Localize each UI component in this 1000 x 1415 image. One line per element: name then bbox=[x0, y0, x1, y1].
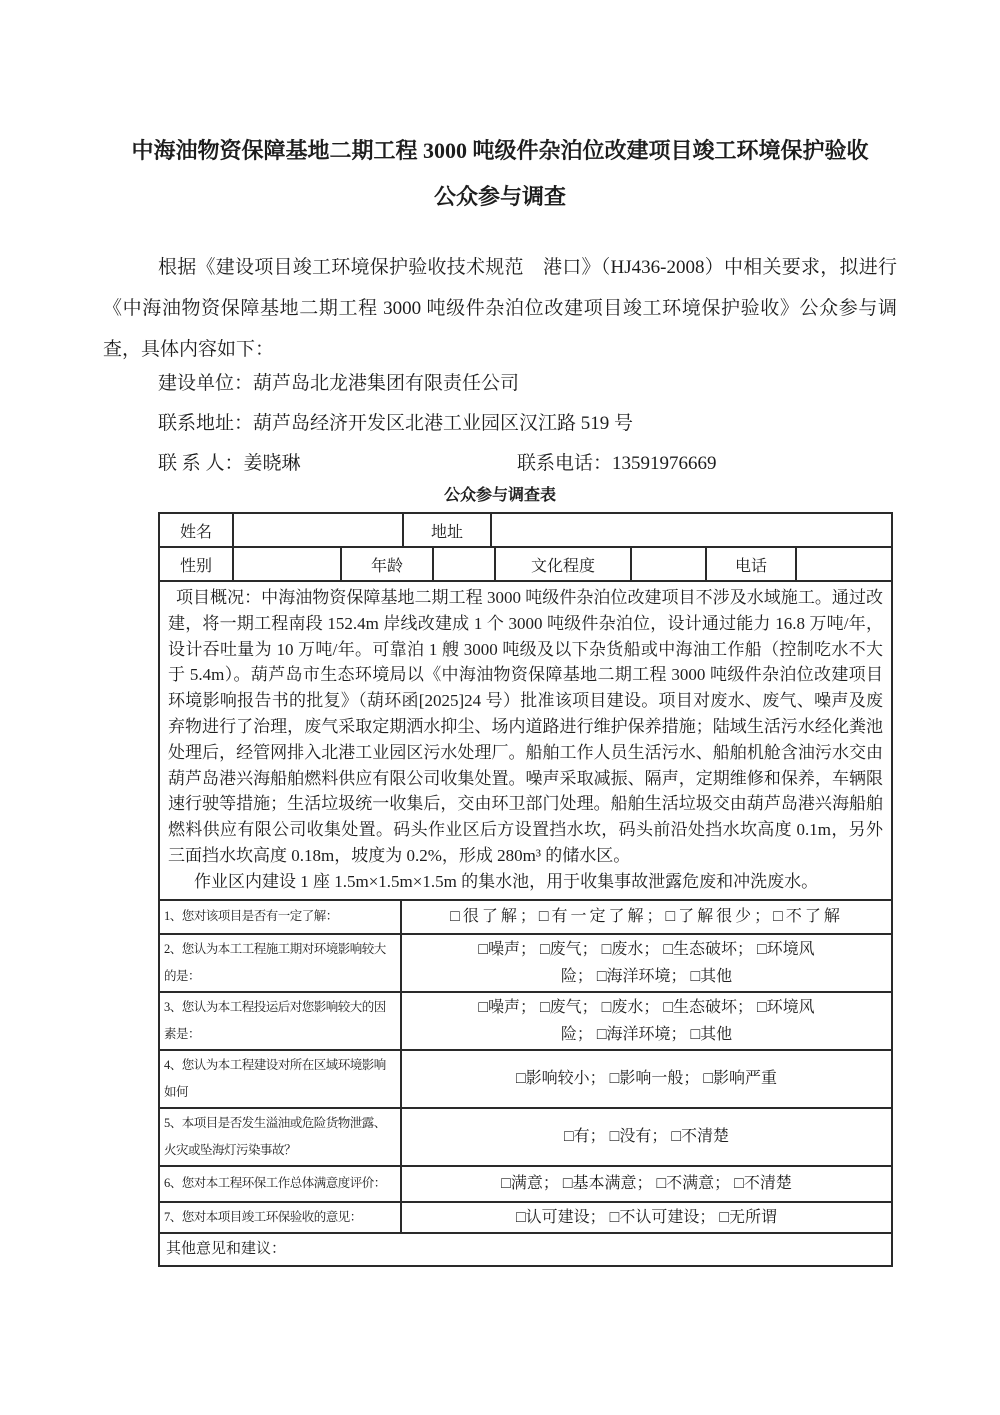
other-comments-label: 其他意见和建议： bbox=[166, 1237, 286, 1258]
question-2-text: 2、您认为本工工程施工期对环境影响较大的是： bbox=[160, 935, 400, 991]
project-overview-paragraph-2: 作业区内建设 1 座 1.5m×1.5m×1.5m 的集水池，用于收集事故泄露危… bbox=[168, 869, 883, 895]
gender-input-cell[interactable] bbox=[232, 548, 340, 580]
question-5-options[interactable]: □有； □没有； □不清楚 bbox=[400, 1109, 891, 1165]
checkbox-options[interactable]: □有； □没有； □不清楚 bbox=[564, 1123, 729, 1150]
question-row-5: 5、本项目是否发生溢油或危险货物泄露、火灾或坠海灯污染事故？ □有； □没有； … bbox=[160, 1107, 891, 1165]
phone-label-cell: 电话 bbox=[705, 548, 795, 580]
education-label-cell: 文化程度 bbox=[494, 548, 630, 580]
document-page: 中海油物资保障基地二期工程 3000 吨级件杂泊位改建项目竣工环境保护验收 公众… bbox=[0, 0, 1000, 1415]
table-row-personal-details: 性别 年龄 文化程度 电话 bbox=[160, 546, 891, 580]
contact-phone-value: 13591976669 bbox=[612, 453, 717, 474]
question-2-options[interactable]: □噪声； □废气； □废水； □生态破坏； □环境风 险； □海洋环境； □其他 bbox=[400, 935, 891, 991]
checkbox-options[interactable]: □满意； □基本满意； □不满意； □不清楚 bbox=[501, 1170, 792, 1197]
construction-unit-line: 建设单位：葫芦岛北龙港集团有限责任公司 bbox=[103, 364, 897, 404]
document-title: 中海油物资保障基地二期工程 3000 吨级件杂泊位改建项目竣工环境保护验收 公众… bbox=[103, 128, 897, 220]
contact-person-label: 联 系 人： bbox=[158, 453, 244, 474]
table-row-project-overview: 项目概况：中海油物资保障基地二期工程 3000 吨级件杂泊位改建项目不涉及水域施… bbox=[160, 580, 891, 899]
checkbox-options[interactable]: □噪声； □废气； □废水； □生态破坏； □环境风 险； □海洋环境； □其他 bbox=[478, 936, 814, 990]
address-input-cell[interactable] bbox=[490, 514, 891, 546]
project-overview-cell: 项目概况：中海油物资保障基地二期工程 3000 吨级件杂泊位改建项目不涉及水域施… bbox=[160, 582, 891, 899]
title-line-2: 公众参与调查 bbox=[103, 174, 897, 220]
survey-table-caption: 公众参与调查表 bbox=[103, 482, 897, 505]
name-input-cell[interactable] bbox=[232, 514, 402, 546]
phone-input-cell[interactable] bbox=[795, 548, 891, 580]
contact-address-value: 葫芦岛经济开发区北港工业园区汉江路 519 号 bbox=[253, 413, 633, 434]
question-6-options[interactable]: □满意； □基本满意； □不满意； □不清楚 bbox=[400, 1167, 891, 1201]
checkbox-options[interactable]: □认可建设； □不认可建设； □无所谓 bbox=[516, 1204, 777, 1231]
checkbox-options[interactable]: □影响较小； □影响一般； □影响严重 bbox=[516, 1065, 777, 1092]
question-6-text: 6、您对本工程环保工作总体满意度评价： bbox=[160, 1167, 400, 1201]
contact-phone-pair: 联系电话：13591976669 bbox=[517, 444, 717, 484]
address-label-cell: 地址 bbox=[402, 514, 490, 546]
question-row-6: 6、您对本工程环保工作总体满意度评价： □满意； □基本满意； □不满意； □不… bbox=[160, 1165, 891, 1201]
gender-label-cell: 性别 bbox=[160, 548, 232, 580]
question-1-text: 1、您对该项目是否有一定了解： bbox=[160, 901, 400, 933]
contact-person-line: 联 系 人：姜晓琳 联系电话：13591976669 bbox=[103, 444, 897, 484]
question-row-4: 4、您认为本工程建设对所在区域环境影响如何 □影响较小； □影响一般； □影响严… bbox=[160, 1049, 891, 1107]
question-row-3: 3、您认为本工程投运后对您影响较大的因素是： □噪声； □废气； □废水； □生… bbox=[160, 991, 891, 1049]
education-input-cell[interactable] bbox=[630, 548, 705, 580]
contact-info-block: 建设单位：葫芦岛北龙港集团有限责任公司 联系地址：葫芦岛经济开发区北港工业园区汉… bbox=[103, 364, 897, 484]
contact-address-label: 联系地址： bbox=[158, 413, 253, 434]
question-3-options[interactable]: □噪声； □废气； □废水； □生态破坏； □环境风 险； □海洋环境； □其他 bbox=[400, 993, 891, 1049]
age-label-cell: 年龄 bbox=[340, 548, 432, 580]
name-label-cell: 姓名 bbox=[160, 514, 232, 546]
question-row-7: 7、您对本项目竣工环保验收的意见： □认可建设； □不认可建设； □无所谓 bbox=[160, 1201, 891, 1232]
other-comments-cell[interactable]: 其他意见和建议： bbox=[160, 1234, 891, 1265]
question-row-1: 1、您对该项目是否有一定了解： □很了解；□有一定了解；□了解很少；□不了解 bbox=[160, 899, 891, 933]
question-4-text: 4、您认为本工程建设对所在区域环境影响如何 bbox=[160, 1051, 400, 1107]
table-row-name-address: 姓名 地址 bbox=[160, 514, 891, 546]
contact-phone-label: 联系电话： bbox=[517, 453, 612, 474]
intro-paragraph: 根据《建设项目竣工环境保护验收技术规范 港口》（HJ436-2008）中相关要求… bbox=[103, 247, 897, 370]
question-7-text: 7、您对本项目竣工环保验收的意见： bbox=[160, 1203, 400, 1232]
survey-table: 姓名 地址 性别 年龄 文化程度 电话 项目概况：中海油物资保障基地二期工程 3… bbox=[158, 512, 893, 1267]
title-line-1: 中海油物资保障基地二期工程 3000 吨级件杂泊位改建项目竣工环境保护验收 bbox=[103, 128, 897, 174]
question-1-options[interactable]: □很了解；□有一定了解；□了解很少；□不了解 bbox=[400, 901, 891, 933]
checkbox-options[interactable]: □噪声； □废气； □废水； □生态破坏； □环境风 险； □海洋环境； □其他 bbox=[478, 994, 814, 1048]
question-4-options[interactable]: □影响较小； □影响一般； □影响严重 bbox=[400, 1051, 891, 1107]
other-comments-row: 其他意见和建议： bbox=[160, 1232, 891, 1265]
project-overview-paragraph-1: 项目概况：中海油物资保障基地二期工程 3000 吨级件杂泊位改建项目不涉及水域施… bbox=[168, 585, 883, 869]
question-row-2: 2、您认为本工工程施工期对环境影响较大的是： □噪声； □废气； □废水； □生… bbox=[160, 933, 891, 991]
contact-person-value: 姜晓琳 bbox=[244, 453, 301, 474]
age-input-cell[interactable] bbox=[432, 548, 494, 580]
contact-address-line: 联系地址：葫芦岛经济开发区北港工业园区汉江路 519 号 bbox=[103, 404, 897, 444]
checkbox-options[interactable]: □很了解；□有一定了解；□了解很少；□不了解 bbox=[450, 903, 843, 930]
question-7-options[interactable]: □认可建设； □不认可建设； □无所谓 bbox=[400, 1203, 891, 1232]
construction-unit-label: 建设单位： bbox=[158, 373, 253, 394]
question-5-text: 5、本项目是否发生溢油或危险货物泄露、火灾或坠海灯污染事故？ bbox=[160, 1109, 400, 1165]
construction-unit-value: 葫芦岛北龙港集团有限责任公司 bbox=[253, 373, 519, 394]
question-3-text: 3、您认为本工程投运后对您影响较大的因素是： bbox=[160, 993, 400, 1049]
